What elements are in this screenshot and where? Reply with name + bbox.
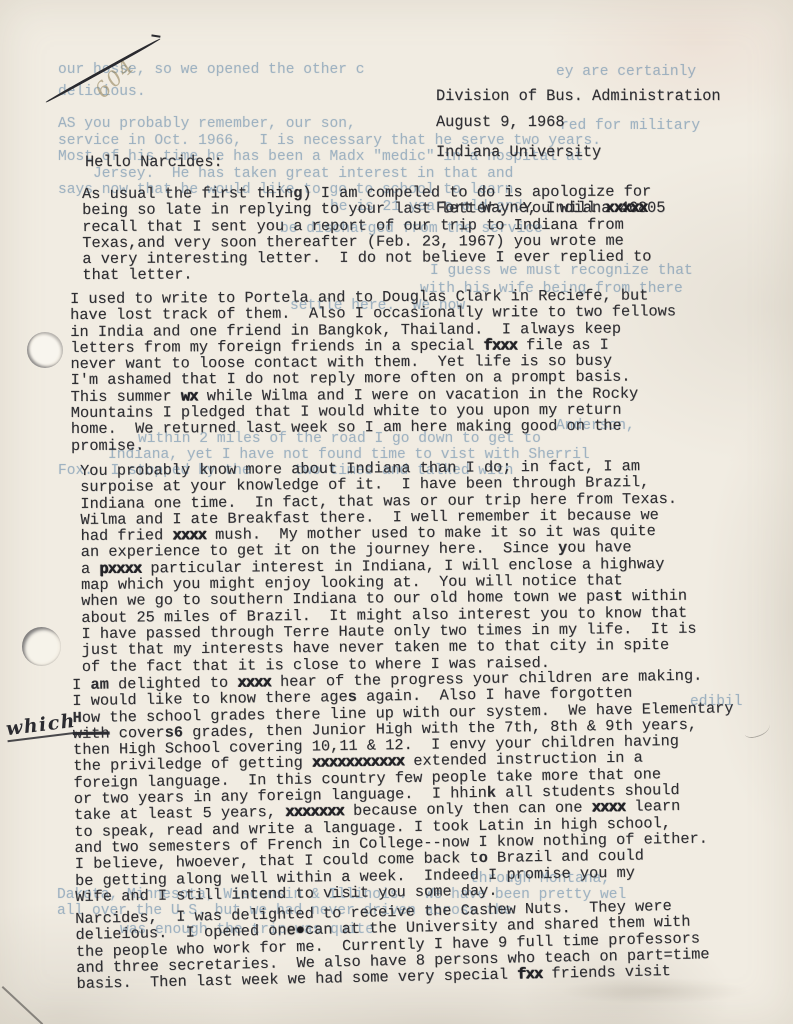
sender-line: Division of Bus. Administration bbox=[436, 87, 721, 106]
paragraph-3: You probably know more about Indiana tha… bbox=[80, 458, 697, 675]
hole-punch-middle bbox=[22, 627, 61, 666]
salutation: Hello Narcides: bbox=[85, 153, 223, 171]
typed-line: that letter. bbox=[82, 265, 651, 284]
paragraph-5: Narcides, I was delighted to receive the… bbox=[75, 897, 710, 992]
sender-line: Indiana University bbox=[436, 143, 721, 162]
typed-line: home. We returned last week so I am here… bbox=[71, 418, 677, 438]
bleedthrough-line: AS you probably remember, our son, bbox=[58, 116, 356, 132]
typed-line: a very interesting letter. I do not beli… bbox=[82, 249, 651, 268]
letter-page: our hosse, so we opened the other cey ar… bbox=[0, 0, 793, 1024]
date-line: August 9, 1968 bbox=[436, 113, 565, 131]
paragraph-1: As usual the first thing) I am compeled … bbox=[82, 184, 652, 284]
hole-punch-top bbox=[27, 332, 63, 368]
paragraph-4: I am delighted to xxxx hear of the progr… bbox=[72, 667, 736, 905]
paragraph-2: I used to write to Portela and to Dougla… bbox=[70, 287, 677, 454]
